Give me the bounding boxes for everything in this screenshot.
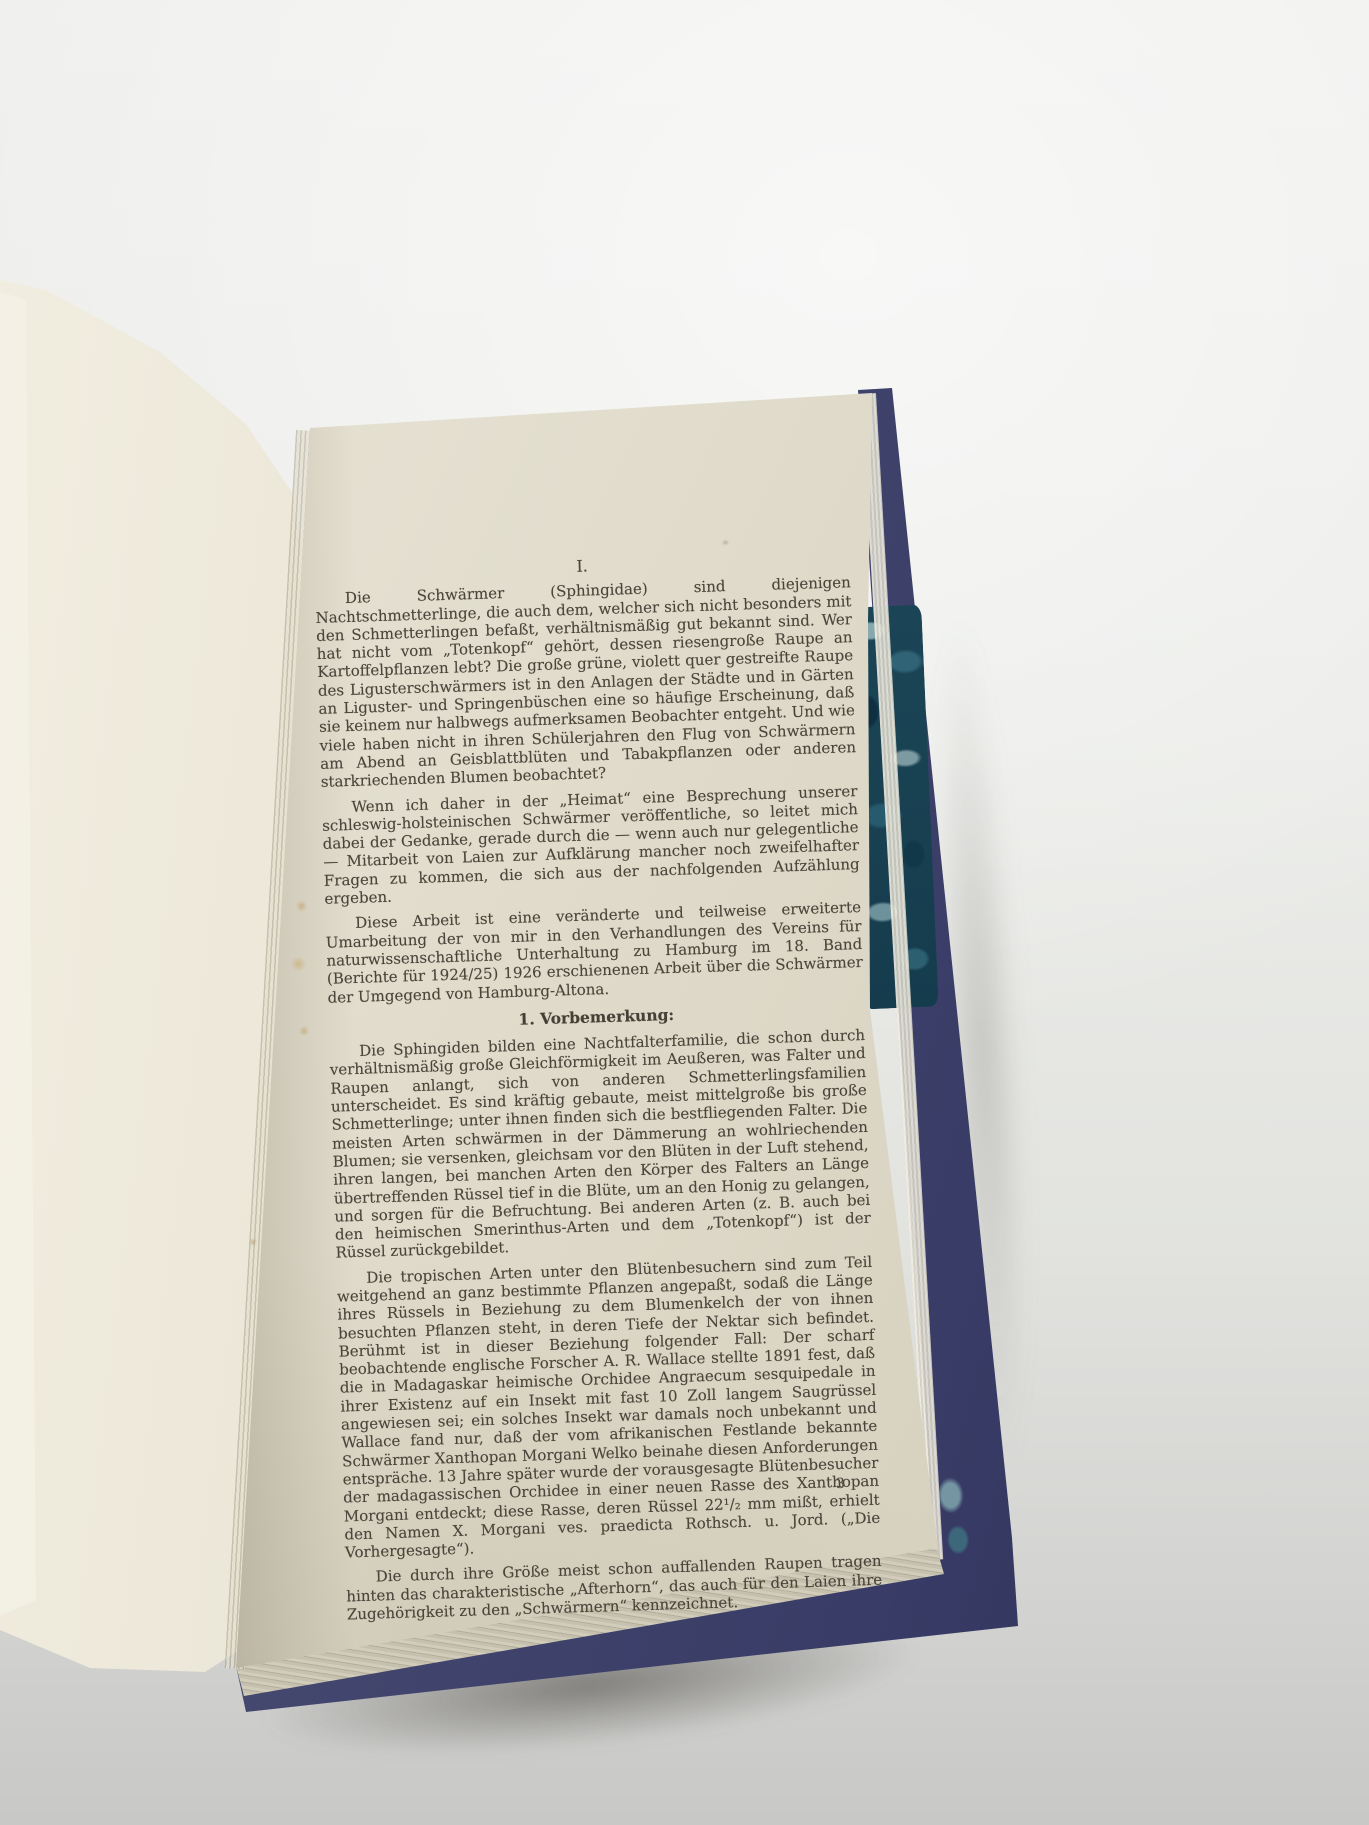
paragraph-body-2: Die tropischen Arten unter den Blütenbes… bbox=[336, 1253, 881, 1562]
foxing-spot bbox=[291, 956, 306, 972]
page-number: 3 bbox=[836, 1476, 845, 1492]
paragraph-intro-3: Diese Arbeit ist eine veränderte und tei… bbox=[325, 898, 864, 1006]
foxing-spot bbox=[296, 900, 307, 912]
paragraph-intro-1: Die Schwärmer (Sphingidae) sind diejenig… bbox=[315, 573, 857, 791]
foxing-spot bbox=[249, 1238, 257, 1246]
paragraph-body-1: Die Sphingiden bilden eine Nachtfalterfa… bbox=[329, 1026, 872, 1262]
dust-speck bbox=[723, 541, 728, 544]
foxing-spot bbox=[299, 1026, 309, 1036]
page-text-block: I. Die Schwärmer (Sphingidae) sind dieje… bbox=[314, 549, 883, 1631]
paragraph-intro-2: Wenn ich daher in der „Heimat“ eine Besp… bbox=[321, 782, 860, 909]
photo-scene: I. Die Schwärmer (Sphingidae) sind dieje… bbox=[0, 0, 1369, 1825]
paragraph-body-3: Die durch ihre Größe meist schon auffall… bbox=[346, 1552, 883, 1624]
